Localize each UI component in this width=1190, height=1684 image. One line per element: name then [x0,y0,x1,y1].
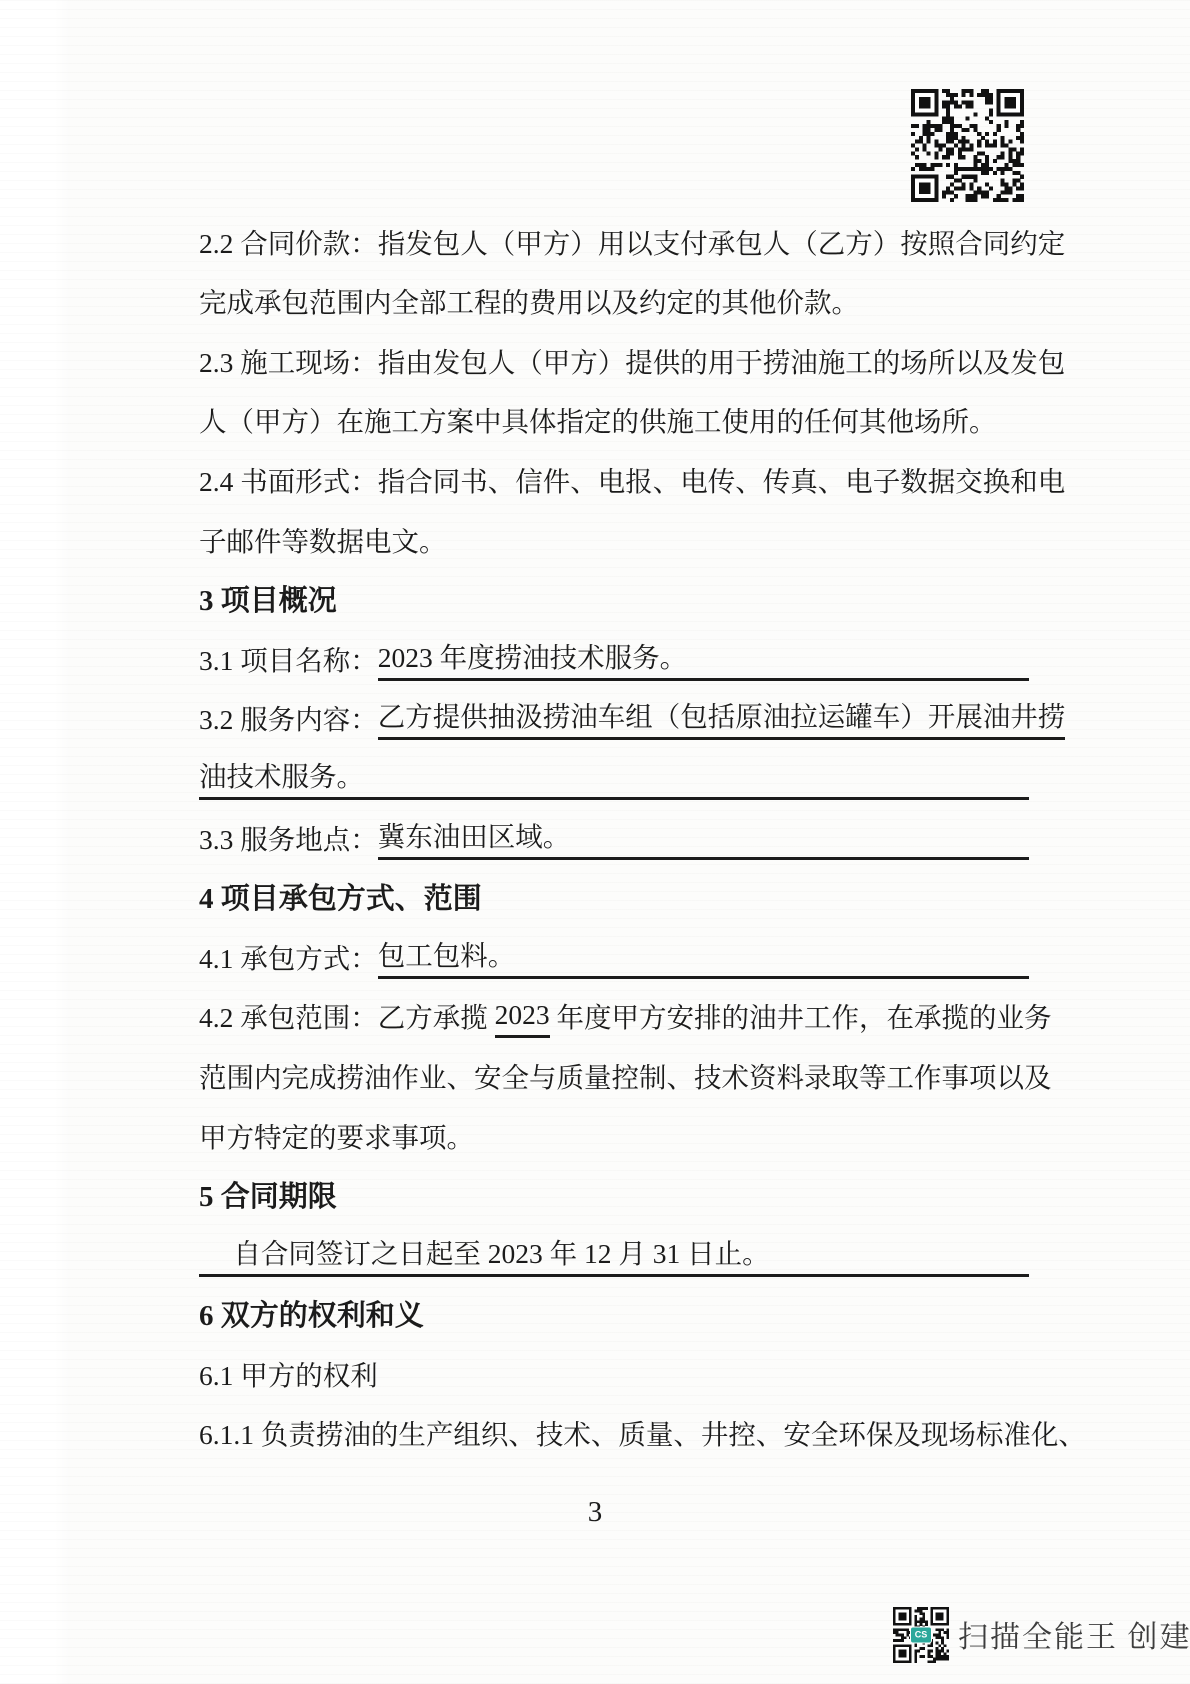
text-segment: 3.3 服务地点： [199,820,378,860]
scanned-contract-page: 2.2 合同价款：指发包人（甲方）用以支付承包人（乙方）按照合同约定完成承包范围… [0,0,1190,1684]
text-segment: 5 合同期限 [199,1177,337,1217]
underlined-value: 2023 年度捞油技术服务。 [378,638,687,681]
text-segment: 6.1.1 负责捞油的生产组织、技术、质量、井控、安全环保及现场标准化、 [199,1415,1086,1455]
underline-fill [687,638,1029,681]
text-segment: 甲方特定的要求事项。 [199,1118,474,1158]
text-segment: 人（甲方）在施工方案中具体指定的供施工使用的任何其他场所。 [199,402,997,442]
underlined-value: 冀东油田区域。 [378,817,571,860]
document-line: 2.3 施工现场：指由发包人（甲方）提供的用于捞油施工的场所以及发包 [199,323,1029,383]
document-line: 4.1 承包方式：包工包料。 [199,919,1029,979]
document-line: 自合同签订之日起至 2023 年 12 月 31 日止。 [199,1217,1029,1277]
document-line: 范围内完成捞油作业、安全与质量控制、技术资料录取等工作事项以及 [199,1038,1029,1098]
text-segment: 4.2 承包范围：乙方承揽 [199,998,495,1038]
document-line: 6.1 甲方的权利 [199,1336,1029,1396]
underlined-value: 乙方提供抽汲捞油车组（包括原油拉运罐车）开展油井捞 [378,697,1066,740]
document-line: 子邮件等数据电文。 [199,502,1029,562]
document-qr-code [911,89,1024,202]
document-line: 油技术服务。 [199,740,1029,800]
text-segment: 2.4 书面形式：指合同书、信件、电报、电传、传真、电子数据交换和电 [199,462,1065,502]
camscanner-brand-text: 扫描全能王 创建 [958,1612,1190,1656]
section-heading-line: 3 项目概况 [199,562,1029,622]
text-segment: 6 双方的权利和义 [199,1296,424,1336]
section-heading-line: 4 项目承包方式、范围 [199,860,1029,920]
underline-fill [364,757,1029,800]
page-number: 3 [0,1496,1190,1529]
underlined-value: 自合同签订之日起至 2023 年 12 月 31 日止。 [199,1234,770,1277]
underline-fill [770,1234,1029,1277]
section-heading-line: 6 双方的权利和义 [199,1277,1029,1337]
document-line: 2.2 合同价款：指发包人（甲方）用以支付承包人（乙方）按照合同约定 [199,204,1029,264]
document-line: 人（甲方）在施工方案中具体指定的供施工使用的任何其他场所。 [199,383,1029,443]
text-segment: 年度甲方安排的油井工作，在承揽的业务 [550,998,1052,1038]
contract-text-block: 2.2 合同价款：指发包人（甲方）用以支付承包人（乙方）按照合同约定完成承包范围… [199,204,1029,1455]
underlined-value: 油技术服务。 [199,757,364,800]
document-line: 2.4 书面形式：指合同书、信件、电报、电传、传真、电子数据交换和电 [199,442,1029,502]
text-segment: 4.1 承包方式： [199,939,378,979]
text-segment: 3 项目概况 [199,581,337,621]
document-line: 3.3 服务地点：冀东油田区域。 [199,800,1029,860]
document-line: 3.2 服务内容：乙方提供抽汲捞油车组（包括原油拉运罐车）开展油井捞 [199,681,1029,741]
underlined-value: 包工包料。 [378,936,516,979]
text-segment: 4 项目承包方式、范围 [199,879,482,919]
document-line: 6.1.1 负责捞油的生产组织、技术、质量、井控、安全环保及现场标准化、 [199,1396,1029,1456]
text-segment: 6.1 甲方的权利 [199,1356,378,1396]
camscanner-qr-code: CS [893,1607,949,1663]
text-segment: 范围内完成捞油作业、安全与质量控制、技术资料录取等工作事项以及 [199,1058,1052,1098]
text-segment: 3.2 服务内容： [199,700,378,740]
section-heading-line: 5 合同期限 [199,1158,1029,1218]
document-line: 甲方特定的要求事项。 [199,1098,1029,1158]
text-segment: 完成承包范围内全部工程的费用以及约定的其他价款。 [199,283,859,323]
document-line: 4.2 承包范围：乙方承揽 2023 年度甲方安排的油井工作，在承揽的业务 [199,979,1029,1039]
text-segment: 3.1 项目名称： [199,641,378,681]
document-line: 完成承包范围内全部工程的费用以及约定的其他价款。 [199,264,1029,324]
text-segment: 子邮件等数据电文。 [199,522,447,562]
underline-fill [570,817,1029,860]
text-segment: 2.3 施工现场：指由发包人（甲方）提供的用于捞油施工的场所以及发包 [199,343,1065,383]
document-line: 3.1 项目名称：2023 年度捞油技术服务。 [199,621,1029,681]
camscanner-logo: CS [910,1627,932,1644]
text-segment: 2.2 合同价款：指发包人（甲方）用以支付承包人（乙方）按照合同约定 [199,224,1065,264]
underline-fill [515,936,1029,979]
underlined-value: 2023 [495,995,550,1038]
